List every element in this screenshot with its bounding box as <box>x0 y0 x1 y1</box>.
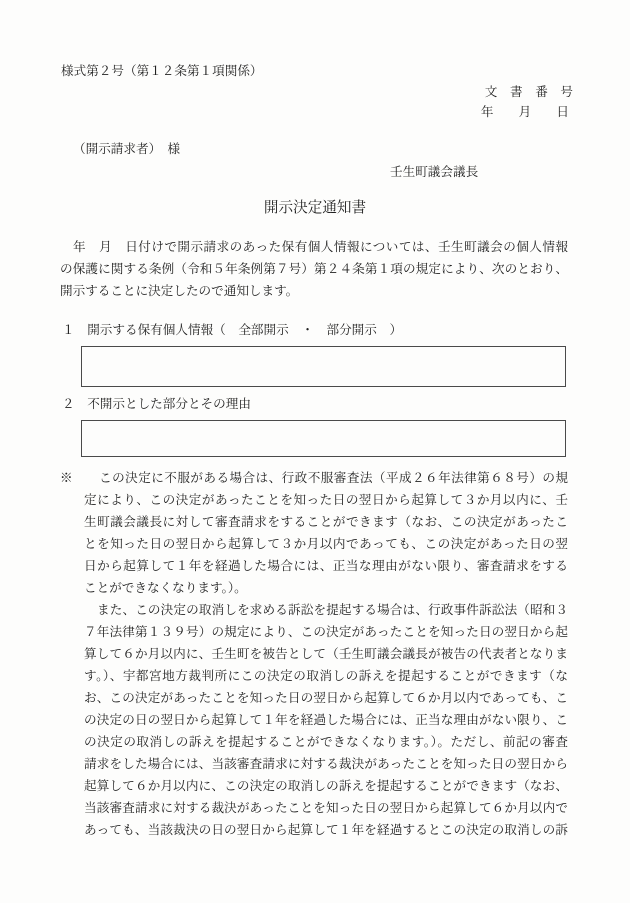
section-2-heading: ２ 不開示とした部分とその理由 <box>62 393 251 415</box>
text-line: また、この決定の取消しを求める訴訟を提起する場合は、行政事件訴訟法（昭和３ <box>84 599 568 621</box>
sender-title: 壬生町議会議長 <box>390 161 478 183</box>
text-line: とを知った日の翌日から起算して３か月以内であっても、この決定があった日の翌 <box>84 533 568 555</box>
appeal-notice: ※ この決定に不服がある場合は、行政不服審査法（平成２６年法律第６８号）の規定に… <box>60 467 568 841</box>
text-line: 算して６か月以内に、壬生町を被告として（壬生町議会議長が被告の代表者となりま <box>84 643 568 665</box>
text-line: す。）、宇都宮地方裁判所にこの決定の取消しの訴えを提起することができます（な <box>84 665 568 687</box>
document-page: 様式第２号（第１２条第１項関係） 文 書 番 号 年 月 日 （開示請求者） 様… <box>0 0 630 903</box>
form-number: 様式第２号（第１２条第１項関係） <box>61 60 263 82</box>
document-title: 開示決定通知書 <box>0 197 630 219</box>
recipient-line: （開示請求者） 様 <box>73 138 180 160</box>
text-line: 起算して６か月以内に、この決定の取消しの訴えを提起することができます（なお、 <box>84 775 568 797</box>
text-line: の保護に関する条例（令和５年条例第７号）第２４条第１項の規定により、次のとおり、 <box>60 258 568 280</box>
disclosed-info-entry-box <box>81 346 566 387</box>
text-line: 請求をした場合には、当該審査請求に対する裁決があったことを知った日の翌日から <box>84 753 568 775</box>
document-number-label: 文 書 番 号 <box>485 81 573 103</box>
section-1-heading: １ 開示する保有個人情報（ 全部開示 ・ 部分開示 ） <box>62 319 402 341</box>
text-line: 年 月 日付けで開示請求のあった保有個人情報については、壬生町議会の個人情報 <box>60 236 568 258</box>
intro-paragraph: 年 月 日付けで開示請求のあった保有個人情報については、壬生町議会の個人情報の保… <box>60 236 568 302</box>
text-line: 生町議会議長に対して審査請求をすることができます（なお、この決定があったこ <box>84 511 568 533</box>
text-line: お、この決定があったことを知った日の翌日から起算して６か月以内であっても、こ <box>84 687 568 709</box>
text-line: の決定の取消しの訴えを提起することができなくなります。）。ただし、前記の審査 <box>84 731 568 753</box>
date-line: 年 月 日 <box>481 101 569 123</box>
appeal-notice-paragraph-1: ※ この決定に不服がある場合は、行政不服審査法（平成２６年法律第６８号）の規定に… <box>60 467 568 599</box>
text-line: 当該審査請求に対する裁決があったことを知った日の翌日から起算して６か月以内で <box>84 797 568 819</box>
text-line: ことができなくなります。）。 <box>84 577 568 599</box>
nondisclosure-reason-entry-box <box>81 420 566 457</box>
text-line: の決定の日の翌日から起算して１年を経過した場合には、正当な理由がない限り、こ <box>84 709 568 731</box>
text-line: 定により、この決定があったことを知った日の翌日から起算して３か月以内に、壬 <box>84 489 568 511</box>
text-line: ７年法律第１３９号）の規定により、この決定があったことを知った日の翌日から起 <box>84 621 568 643</box>
appeal-notice-paragraph-2: また、この決定の取消しを求める訴訟を提起する場合は、行政事件訴訟法（昭和３７年法… <box>60 599 568 841</box>
text-line: ※ この決定に不服がある場合は、行政不服審査法（平成２６年法律第６８号）の規 <box>84 467 568 489</box>
text-line: 開示することに決定したので通知します。 <box>60 280 568 302</box>
text-line: あっても、当該裁決の日の翌日から起算して１年を経過するとこの決定の取消しの訴 <box>84 819 568 841</box>
text-line: 日から起算して１年を経過した場合には、正当な理由がない限り、審査請求をする <box>84 555 568 577</box>
